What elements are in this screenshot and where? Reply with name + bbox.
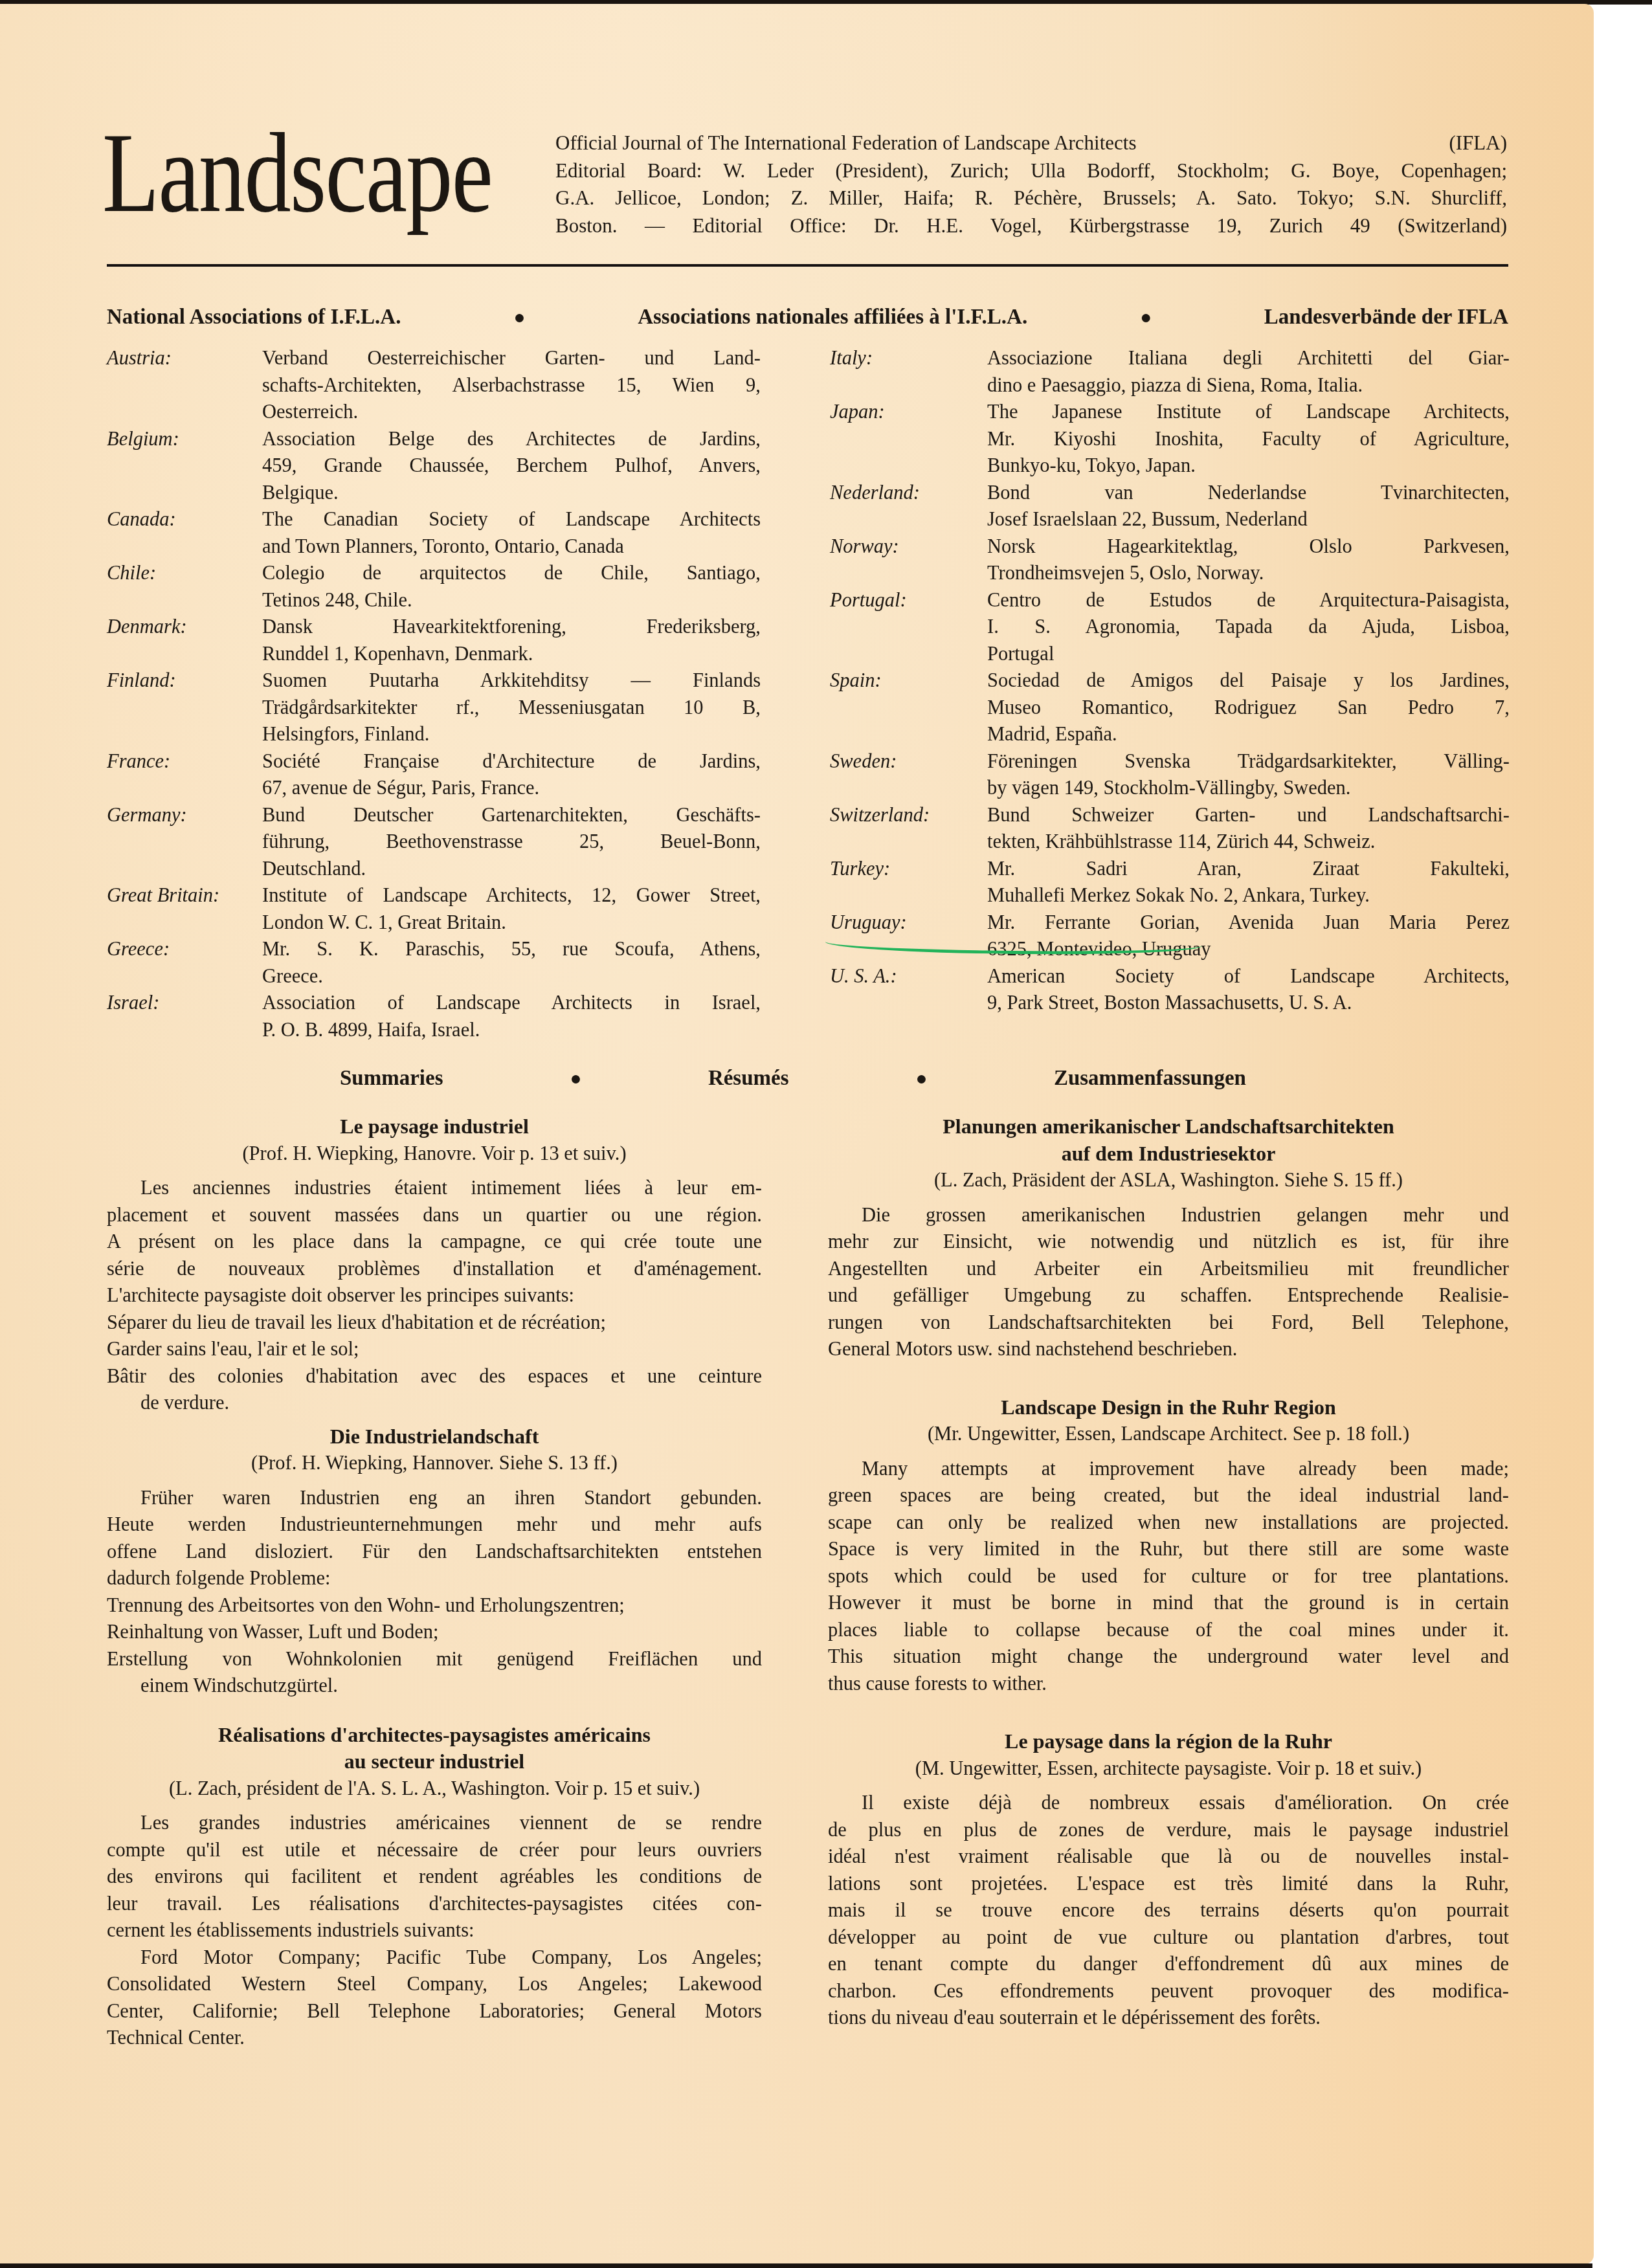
article-byline: (Prof. H. Wiepking, Hanovre. Voir p. 13 … — [107, 1140, 762, 1168]
article-body: Les grandes industries américaines vienn… — [107, 1810, 762, 2052]
address-line: American Society of Landscape Architects… — [987, 963, 1510, 990]
association-address: Centro de Estudos de Arquitectura-Paisag… — [987, 587, 1510, 668]
journal-description: Official Journal of The International Fe… — [555, 129, 1137, 157]
body-line: This situation might change the undergro… — [828, 1643, 1509, 1671]
association-address: Norsk Hagearkitektlag, Olslo Parkvesen,T… — [987, 533, 1510, 587]
country-label: U. S. A.: — [830, 963, 987, 1017]
body-line: développer au point de vue culture ou pl… — [828, 1924, 1509, 1951]
association-entry: Uruguay:Mr. Ferrante Gorian, Avenida Jua… — [830, 909, 1510, 963]
address-line: Föreningen Svenska Trädgardsarkitekter, … — [987, 748, 1510, 775]
address-line: Bund Schweizer Garten- und Landschaftsar… — [987, 802, 1510, 829]
country-label: Greece: — [107, 936, 262, 990]
body-line: Garder sains l'eau, l'air et le sol; — [107, 1336, 762, 1363]
association-entry: Denmark:Dansk Havearkitektforening, Fred… — [107, 614, 761, 667]
body-line: idéal n'est vraiment réalisable que là o… — [828, 1843, 1509, 1871]
address-line: Tetinos 248, Chile. — [262, 587, 761, 614]
body-line: série de nouveaux problèmes d'installati… — [107, 1256, 762, 1283]
country-label: Germany: — [107, 802, 262, 883]
association-address: Association of Landscape Architects in I… — [262, 990, 761, 1043]
article-byline: (L. Zach, Präsident der ASLA, Washington… — [828, 1167, 1509, 1194]
masthead-line-2: Editorial Board: W. Leder (President), Z… — [555, 157, 1507, 185]
address-line: tekten, Krähbühlstrasse 114, Zürich 44, … — [987, 828, 1510, 856]
address-line: Runddel 1, Kopenhavn, Denmark. — [262, 641, 761, 668]
address-line: London W. C. 1, Great Britain. — [262, 909, 761, 937]
associations-header-en: National Associations of I.F.L.A. — [107, 306, 401, 329]
body-line: leur travail. Les réalisations d'archite… — [107, 1891, 762, 1918]
address-line: Helsingfors, Finland. — [262, 721, 761, 748]
association-address: Institute of Landscape Architects, 12, G… — [262, 882, 761, 936]
body-line: Séparer du lieu de travail les lieux d'h… — [107, 1309, 762, 1337]
country-label: Canada: — [107, 506, 262, 560]
association-entry: Portugal:Centro de Estudos de Arquitectu… — [830, 587, 1510, 668]
article-title: Le paysage dans la région de la Ruhr — [828, 1728, 1509, 1755]
body-line: Les grandes industries américaines vienn… — [107, 1810, 762, 1837]
associations-header: National Associations of I.F.L.A. ● Asso… — [107, 306, 1508, 329]
country-label: Great Britain: — [107, 882, 262, 936]
country-label: Norway: — [830, 533, 987, 587]
article-body: Il existe déjà de nombreux essais d'amél… — [828, 1790, 1509, 2032]
address-line: 9, Park Street, Boston Massachusetts, U.… — [987, 990, 1510, 1017]
body-line: Heute werden Industrieunternehmungen meh… — [107, 1511, 762, 1539]
body-line: de plus en plus de zones de verdure, mai… — [828, 1817, 1509, 1844]
association-address: Verband Oesterreichischer Garten- und La… — [262, 345, 761, 426]
body-line: Technical Center. — [107, 2025, 762, 2052]
masthead-info: Official Journal of The International Fe… — [555, 129, 1507, 239]
address-line: Association Belge des Architectes de Jar… — [262, 426, 761, 453]
association-entry: France:Société Française d'Architecture … — [107, 748, 761, 802]
body-line: Bâtir des colonies d'habitation avec des… — [107, 1363, 762, 1390]
address-line: Bunkyo-ku, Tokyo, Japan. — [987, 452, 1510, 480]
address-line: dino e Paesaggio, piazza di Siena, Roma,… — [987, 372, 1510, 399]
article-title: au secteur industriel — [107, 1748, 762, 1775]
association-entry: Austria:Verband Oesterreichischer Garten… — [107, 345, 761, 426]
journal-abbreviation: (IFLA) — [1449, 129, 1507, 157]
summaries-left-column: Le paysage industriel(Prof. H. Wiepking,… — [107, 1113, 762, 2052]
article-byline: (Mr. Ungewitter, Essen, Landscape Archit… — [828, 1421, 1509, 1448]
bullet-icon: ● — [513, 307, 525, 329]
body-line: Trennung des Arbeitsortes von den Wohn- … — [107, 1592, 762, 1619]
address-line: Mr. Sadri Aran, Ziraat Fakulteki, — [987, 856, 1510, 883]
address-line: Greece. — [262, 963, 761, 990]
association-entry: Germany:Bund Deutscher Gartenarchitekten… — [107, 802, 761, 883]
country-label: Belgium: — [107, 426, 262, 507]
body-line: scape can only be realized when new inst… — [828, 1509, 1509, 1537]
association-entry: Israel:Association of Landscape Architec… — [107, 990, 761, 1043]
association-entry: Nederland:Bond van Nederlandse Tvinarchi… — [830, 480, 1510, 533]
body-line: spots which could be used for culture or… — [828, 1563, 1509, 1590]
body-line: lations sont projetées. L'espace est trè… — [828, 1871, 1509, 1898]
association-address: Société Française d'Architecture de Jard… — [262, 748, 761, 802]
address-line: Museo Romantico, Rodriguez San Pedro 7, — [987, 695, 1510, 722]
country-label: Denmark: — [107, 614, 262, 667]
address-line: Trondheimsvejen 5, Oslo, Norway. — [987, 560, 1510, 587]
country-label: Israel: — [107, 990, 262, 1043]
country-label: Nederland: — [830, 480, 987, 533]
address-line: 459, Grande Chaussée, Berchem Pulhof, An… — [262, 452, 761, 480]
article-byline: (M. Ungewitter, Essen, architecte paysag… — [828, 1755, 1509, 1783]
body-line: einem Windschutzgürtel. — [107, 1673, 762, 1700]
summary-article: Landscape Design in the Ruhr Region(Mr. … — [828, 1394, 1509, 1698]
address-line: Mr. Ferrante Gorian, Avenida Juan Maria … — [987, 909, 1510, 937]
article-title: Planungen amerikanischer Landschaftsarch… — [828, 1113, 1509, 1140]
masthead-line-1: Official Journal of The International Fe… — [555, 129, 1507, 157]
address-line: Mr. S. K. Paraschis, 55, rue Scoufa, Ath… — [262, 936, 761, 963]
country-label: Switzerland: — [830, 802, 987, 856]
body-line: charbon. Ces effondrements peuvent provo… — [828, 1978, 1509, 2005]
bullet-icon: ● — [915, 1068, 927, 1090]
association-entry: U. S. A.:American Society of Landscape A… — [830, 963, 1510, 1017]
body-line: des environs qui facilitent et rendent a… — [107, 1863, 762, 1891]
associations-header-de: Landesverbände der IFLA — [1264, 306, 1508, 329]
association-address: Association Belge des Architectes de Jar… — [262, 426, 761, 507]
country-label: Turkey: — [830, 856, 987, 909]
address-line: I. S. Agronomia, Tapada da Ajuda, Lisboa… — [987, 614, 1510, 641]
summary-article: Le paysage industriel(Prof. H. Wiepking,… — [107, 1113, 762, 1417]
association-address: Suomen Puutarha Arkkitehditsy — Finlands… — [262, 667, 761, 748]
association-entry: Sweden:Föreningen Svenska Trädgardsarkit… — [830, 748, 1510, 802]
associations-header-fr: Associations nationales affiliées à l'I.… — [638, 306, 1027, 329]
article-body: Die grossen amerikanischen Industrien ge… — [828, 1202, 1509, 1363]
address-line: P. O. B. 4899, Haifa, Israel. — [262, 1017, 761, 1044]
article-title: Le paysage industriel — [107, 1113, 762, 1140]
address-line: Muhallefi Merkez Sokak No. 2, Ankara, Tu… — [987, 882, 1510, 909]
association-entry: Italy:Associazione Italiana degli Archit… — [830, 345, 1510, 399]
association-entry: Norway:Norsk Hagearkitektlag, Olslo Park… — [830, 533, 1510, 587]
address-line: by vägen 149, Stockholm-Vällingby, Swede… — [987, 775, 1510, 802]
summary-article: Le paysage dans la région de la Ruhr(M. … — [828, 1728, 1509, 2032]
address-line: Mr. Kiyoshi Inoshita, Faculty of Agricul… — [987, 426, 1510, 453]
body-line: compte qu'il est utile et nécessaire de … — [107, 1837, 762, 1864]
article-title: Landscape Design in the Ruhr Region — [828, 1394, 1509, 1421]
body-line: Angestellten und Arbeiter ein Arbeitsmil… — [828, 1256, 1509, 1283]
summaries-header: Summaries ● Résumés ● Zusammenfassungen — [340, 1067, 1246, 1091]
country-label: Japan: — [830, 399, 987, 480]
body-line: placement et souvent massées dans un qua… — [107, 1202, 762, 1229]
address-line: Verband Oesterreichischer Garten- und La… — [262, 345, 761, 372]
body-line: green spaces are being created, but the … — [828, 1482, 1509, 1509]
body-line: Many attempts at improvement have alread… — [828, 1456, 1509, 1483]
body-line: Center, Californie; Bell Telephone Labor… — [107, 1998, 762, 2025]
summaries-header-fr: Résumés — [708, 1067, 789, 1091]
association-address: Mr. S. K. Paraschis, 55, rue Scoufa, Ath… — [262, 936, 761, 990]
country-label: Portugal: — [830, 587, 987, 668]
body-line: offene Land disloziert. Für den Landscha… — [107, 1539, 762, 1566]
article-byline: (L. Zach, président de l'A. S. L. A., Wa… — [107, 1775, 762, 1803]
association-address: American Society of Landscape Architects… — [987, 963, 1510, 1017]
body-line: dadurch folgende Probleme: — [107, 1565, 762, 1592]
address-line: Sociedad de Amigos del Paisaje y los Jar… — [987, 667, 1510, 695]
association-entry: Great Britain:Institute of Landscape Arc… — [107, 882, 761, 936]
address-line: Oesterreich. — [262, 399, 761, 426]
body-line: Reinhaltung von Wasser, Luft und Boden; — [107, 1619, 762, 1646]
association-address: The Japanese Institute of Landscape Arch… — [987, 399, 1510, 480]
body-line: cernent les établissements industriels s… — [107, 1917, 762, 1944]
association-address: Bund Schweizer Garten- und Landschaftsar… — [987, 802, 1510, 856]
country-label: Sweden: — [830, 748, 987, 802]
address-line: Norsk Hagearkitektlag, Olslo Parkvesen, — [987, 533, 1510, 561]
body-line: places liable to collapse because of the… — [828, 1617, 1509, 1644]
association-entry: Canada:The Canadian Society of Landscape… — [107, 506, 761, 560]
scan-bottom-edge — [0, 2263, 1592, 2268]
address-line: Bund Deutscher Gartenarchitekten, Geschä… — [262, 802, 761, 829]
association-entry: Greece:Mr. S. K. Paraschis, 55, rue Scou… — [107, 936, 761, 990]
address-line: Deutschland. — [262, 856, 761, 883]
association-address: Dansk Havearkitektforening, Frederiksber… — [262, 614, 761, 667]
body-line: However it must be borne in mind that th… — [828, 1590, 1509, 1617]
address-line: Colegio de arquitectos de Chile, Santiag… — [262, 560, 761, 587]
bullet-icon: ● — [1140, 307, 1152, 329]
bullet-icon: ● — [570, 1068, 581, 1090]
article-title: Die Industrielandschaft — [107, 1423, 762, 1451]
body-line: Ford Motor Company; Pacific Tube Company… — [107, 1944, 762, 1972]
body-line: Consolidated Western Steel Company, Los … — [107, 1971, 762, 1998]
country-label: Spain: — [830, 667, 987, 748]
address-line: Bond van Nederlandse Tvinarchitecten, — [987, 480, 1510, 507]
article-body: Les anciennes industries étaient intimem… — [107, 1175, 762, 1417]
article-body: Many attempts at improvement have alread… — [828, 1456, 1509, 1698]
address-line: Société Française d'Architecture de Jard… — [262, 748, 761, 775]
country-label: Uruguay: — [830, 909, 987, 963]
body-line: General Motors usw. sind nachstehend bes… — [828, 1336, 1509, 1363]
country-label: Italy: — [830, 345, 987, 399]
address-line: Belgique. — [262, 480, 761, 507]
association-address: Associazione Italiana degli Architetti d… — [987, 345, 1510, 399]
association-address: Bond van Nederlandse Tvinarchitecten,Jos… — [987, 480, 1510, 533]
body-line: mais il se trouve encore des terrains dé… — [828, 1897, 1509, 1924]
address-line: schafts-Architekten, Alserbachstrasse 15… — [262, 372, 761, 399]
article-title: auf dem Industriesektor — [828, 1140, 1509, 1168]
body-line: L'architecte paysagiste doit observer le… — [107, 1282, 762, 1309]
association-address: Colegio de arquitectos de Chile, Santiag… — [262, 560, 761, 614]
association-address: Mr. Sadri Aran, Ziraat Fakulteki,Muhalle… — [987, 856, 1510, 909]
body-line: thus cause forests to wither. — [828, 1671, 1509, 1698]
summary-article: Réalisations d'architectes-paysagistes a… — [107, 1722, 762, 2052]
body-line: Les anciennes industries étaient intimem… — [107, 1175, 762, 1202]
country-label: France: — [107, 748, 262, 802]
address-line: and Town Planners, Toronto, Ontario, Can… — [262, 533, 761, 561]
journal-title: Landscape — [102, 117, 492, 230]
address-line: 67, avenue de Ségur, Paris, France. — [262, 775, 761, 802]
address-line: Madrid, España. — [987, 721, 1510, 748]
masthead-divider — [107, 264, 1508, 267]
address-line: Portugal — [987, 641, 1510, 668]
body-line: Früher waren Industrien eng an ihren Sta… — [107, 1485, 762, 1512]
article-byline: (Prof. H. Wiepking, Hannover. Siehe S. 1… — [107, 1450, 762, 1477]
body-line: Die grossen amerikanischen Industrien ge… — [828, 1202, 1509, 1229]
body-line: Il existe déjà de nombreux essais d'amél… — [828, 1790, 1509, 1817]
article-title: Réalisations d'architectes-paysagistes a… — [107, 1722, 762, 1749]
country-label: Finland: — [107, 667, 262, 748]
body-line: tions du niveau d'eau souterrain et le d… — [828, 2005, 1509, 2032]
address-line: Associazione Italiana degli Architetti d… — [987, 345, 1510, 372]
association-entry: Spain:Sociedad de Amigos del Paisaje y l… — [830, 667, 1510, 748]
address-line: Josef Israelslaan 22, Bussum, Nederland — [987, 506, 1510, 533]
address-line: Dansk Havearkitektforening, Frederiksber… — [262, 614, 761, 641]
masthead-line-3: G.A. Jellicoe, London; Z. Miller, Haifa;… — [555, 184, 1507, 212]
summaries-header-de: Zusammenfassungen — [1054, 1067, 1246, 1091]
address-line: Trädgårdsarkitekter rf., Messeniusgatan … — [262, 695, 761, 722]
address-line: The Canadian Society of Landscape Archit… — [262, 506, 761, 533]
association-entry: Belgium:Association Belge des Architecte… — [107, 426, 761, 507]
association-address: The Canadian Society of Landscape Archit… — [262, 506, 761, 560]
body-line: rungen von Landschaftsarchitekten bei Fo… — [828, 1309, 1509, 1337]
address-line: Suomen Puutarha Arkkitehditsy — Finlands — [262, 667, 761, 695]
associations-left-column: Austria:Verband Oesterreichischer Garten… — [107, 345, 761, 1043]
association-entry: Turkey:Mr. Sadri Aran, Ziraat Fakulteki,… — [830, 856, 1510, 909]
body-line: und gefälliger Umgebung zu schaffen. Ent… — [828, 1282, 1509, 1309]
summary-article: Die Industrielandschaft(Prof. H. Wiepkin… — [107, 1423, 762, 1700]
association-address: Sociedad de Amigos del Paisaje y los Jar… — [987, 667, 1510, 748]
summaries-header-en: Summaries — [340, 1067, 443, 1091]
association-entry: Japan:The Japanese Institute of Landscap… — [830, 399, 1510, 480]
body-line: Erstellung von Wohnkolonien mit genügend… — [107, 1646, 762, 1673]
body-line: A présent on les place dans la campagne,… — [107, 1228, 762, 1256]
associations-right-column: Italy:Associazione Italiana degli Archit… — [830, 345, 1510, 1017]
body-line: Space is very limited in the Ruhr, but t… — [828, 1536, 1509, 1563]
body-line: mehr zur Einsicht, wie notwendig und nüt… — [828, 1228, 1509, 1256]
body-line: en tenant compte du danger d'effondremen… — [828, 1951, 1509, 1978]
association-entry: Finland:Suomen Puutarha Arkkitehditsy — … — [107, 667, 761, 748]
address-line: The Japanese Institute of Landscape Arch… — [987, 399, 1510, 426]
address-line: Centro de Estudos de Arquitectura-Paisag… — [987, 587, 1510, 614]
masthead-line-4: Boston. — Editorial Office: Dr. H.E. Vog… — [555, 212, 1507, 240]
association-address: Bund Deutscher Gartenarchitekten, Geschä… — [262, 802, 761, 883]
summary-article: Planungen amerikanischer Landschaftsarch… — [828, 1113, 1509, 1363]
country-label: Austria: — [107, 345, 262, 426]
address-line: Association of Landscape Architects in I… — [262, 990, 761, 1017]
country-label: Chile: — [107, 560, 262, 614]
summaries-right-column: Planungen amerikanischer Landschaftsarch… — [828, 1113, 1509, 2032]
association-address: Mr. Ferrante Gorian, Avenida Juan Maria … — [987, 909, 1510, 963]
association-address: Föreningen Svenska Trädgardsarkitekter, … — [987, 748, 1510, 802]
article-body: Früher waren Industrien eng an ihren Sta… — [107, 1485, 762, 1700]
address-line: führung, Beethovenstrasse 25, Beuel-Bonn… — [262, 828, 761, 856]
body-line: de verdure. — [107, 1390, 762, 1417]
address-line: Institute of Landscape Architects, 12, G… — [262, 882, 761, 909]
association-entry: Switzerland:Bund Schweizer Garten- und L… — [830, 802, 1510, 856]
association-entry: Chile:Colegio de arquitectos de Chile, S… — [107, 560, 761, 614]
